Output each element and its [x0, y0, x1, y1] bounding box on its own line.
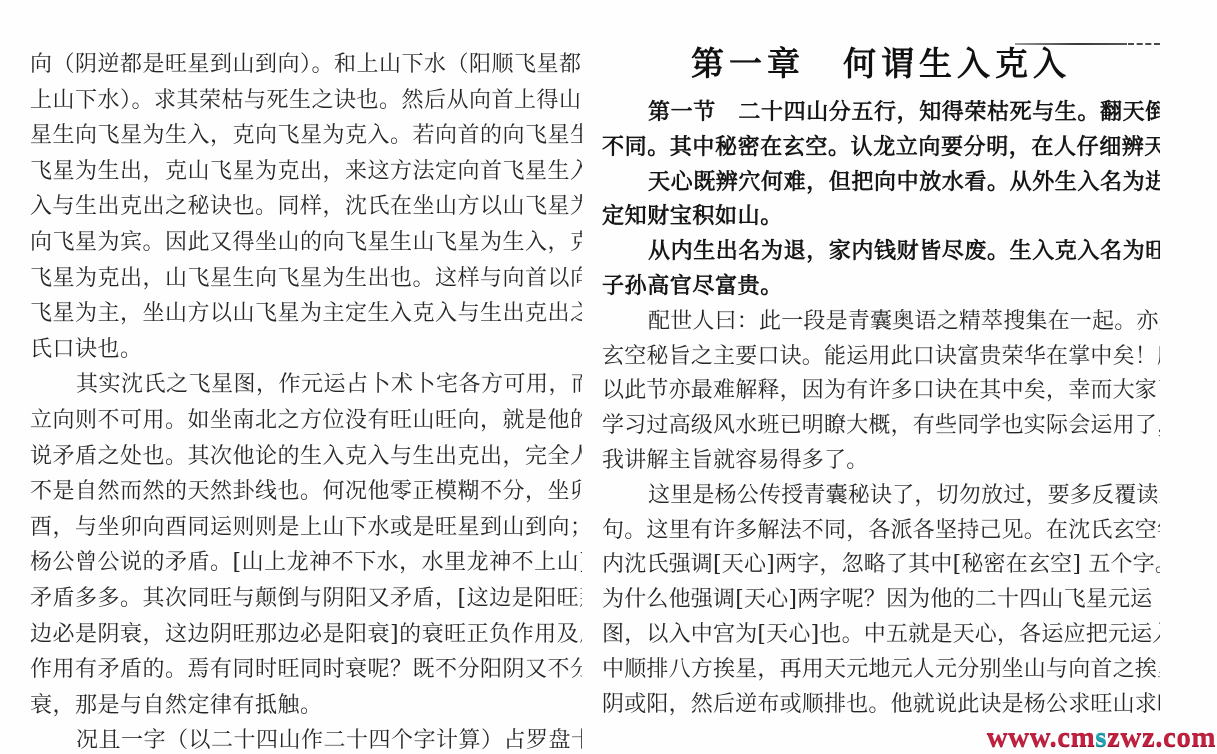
- left-page-text-column: 向（阴逆都是旺星到山到向）。和上山下水（阳顺飞星都是上山下水）。求其荣枯与死生之…: [30, 47, 582, 754]
- text-line: 不同。其中秘密在玄空。认龙立向要分明，在人仔细辨天心。: [602, 131, 1160, 166]
- text-line: 子孙高官尽富贵。: [602, 270, 1160, 305]
- text-line: 定知财宝积如山。: [602, 200, 1160, 235]
- book-scan-page: 向（阴逆都是旺星到山到向）。和上山下水（阳顺飞星都是上山下水）。求其荣枯与死生之…: [0, 0, 1217, 754]
- text-line: 为什么他强调[天心]两字呢？因为他的二十四山飞星元运: [602, 583, 1160, 618]
- scan-artifact-dashes: [1128, 43, 1160, 45]
- text-line: 玄空秘旨之主要口诀。能运用此口诀富贵荣华在掌中矣！所: [602, 340, 1160, 375]
- text-line: 向飞星为宾。因此又得坐山的向飞星生山飞星为生入，克向: [30, 225, 582, 261]
- text-line: 酉，与坐卯向酉同运则则是上山下水或是旺星到山到向；与: [30, 510, 582, 546]
- text-line: 杨公曾公说的矛盾。[山上龙神不下水，水里龙神不上山]。: [30, 545, 582, 581]
- text-line: 入与生出克出之秘诀也。同样，沈氏在坐山方以山飞星为主，: [30, 189, 582, 225]
- text-line: 以此节亦最难解释，因为有许多口诀在其中矣，幸而大家已: [602, 374, 1160, 409]
- text-line: 我讲解主旨就容易得多了。: [602, 444, 1160, 479]
- site-watermark: www.cmszwz.com: [987, 722, 1216, 752]
- watermark-text-prefix: www.cm: [987, 721, 1096, 753]
- text-line: 第一节 二十四山分五行，知得荣枯死与生。翻天倒地对: [602, 96, 1160, 131]
- text-line: 况且一字（以二十四山作二十四个字计算）占罗盘十五: [30, 723, 582, 754]
- text-line: 立向则不可用。如坐南北之方位没有旺山旺向，就是他的学: [30, 403, 582, 439]
- text-line: 不是自然而然的天然卦线也。何况他零正模糊不分，坐卯向: [30, 474, 582, 510]
- watermark-text-highlight: s: [1095, 721, 1107, 753]
- text-line: 星生向飞星为生入，克向飞星为克入。若向首的向飞星生山: [30, 118, 582, 154]
- text-line: 中顺排八方挨星，再用天元地元人元分别坐山与向首之挨星: [602, 653, 1160, 688]
- text-line: 内沈氏强调[天心]两字，忽略了其中[秘密在玄空] 五个字。: [602, 548, 1160, 583]
- text-line: 飞星为克出，山飞星生向飞星为生出也。这样与向首以向首: [30, 261, 582, 297]
- text-line: 图，以入中宫为[天心]也。中五就是天心，各运应把元运入: [602, 618, 1160, 653]
- text-line: 作用有矛盾的。焉有同时旺同时衰呢？既不分阳阴又不分旺: [30, 652, 582, 688]
- text-line: 这里是杨公传授青囊秘诀了，切勿放过，要多反覆读此: [602, 479, 1160, 514]
- text-line: 飞星为生出，克山飞星为克出，来这方法定向首飞星生入克: [30, 154, 582, 190]
- watermark-text-suffix: zwz.com: [1107, 721, 1216, 753]
- text-line: 衰，那是与自然定律有抵触。: [30, 688, 582, 724]
- right-page-text-column: 第一节 二十四山分五行，知得荣枯死与生。翻天倒地对不同。其中秘密在玄空。认龙立向…: [602, 96, 1160, 722]
- text-line: 其实沈氏之飞星图，作元运占卜术卜宅各方可用，而作: [30, 367, 582, 403]
- text-line: 上山下水）。求其荣枯与死生之诀也。然后从向首上得山飞: [30, 83, 582, 119]
- text-line: 从内生出名为退，家内钱财皆尽废。生入克入名为旺，: [602, 235, 1160, 270]
- text-line: 学习过高级风水班已明瞭大概，有些同学也实际会运用了，: [602, 409, 1160, 444]
- text-line: 配世人曰：此一段是青囊奥语之精萃搜集在一起。亦是: [602, 305, 1160, 340]
- chapter-title: 第一章 何谓生入克入: [602, 38, 1160, 85]
- text-line: 飞星为主，坐山方以山飞星为主定生入克入与生出克出之沈: [30, 296, 582, 332]
- text-line: 向（阴逆都是旺星到山到向）。和上山下水（阳顺飞星都是: [30, 47, 582, 83]
- text-line: 天心既辨穴何难，但把向中放水看。从外生入名为进，: [602, 166, 1160, 201]
- text-line: 说矛盾之处也。其次他论的生入克入与生出克出，完全人为: [30, 439, 582, 475]
- text-line: 阴或阳，然后逆布或顺排也。他就说此诀是杨公求旺山求旺: [602, 688, 1160, 723]
- text-line: 边必是阴衰，这边阴旺那边必是阳衰]的衰旺正负作用及反: [30, 617, 582, 653]
- text-line: 氏口诀也。: [30, 332, 582, 368]
- text-line: 矛盾多多。其次同旺与颠倒与阴阳又矛盾，[这边是阳旺那: [30, 581, 582, 617]
- scan-artifact-line: [1015, 43, 1127, 45]
- text-line: 句。这里有许多解法不同，各派各坚持己见。在沈氏玄空学: [602, 514, 1160, 549]
